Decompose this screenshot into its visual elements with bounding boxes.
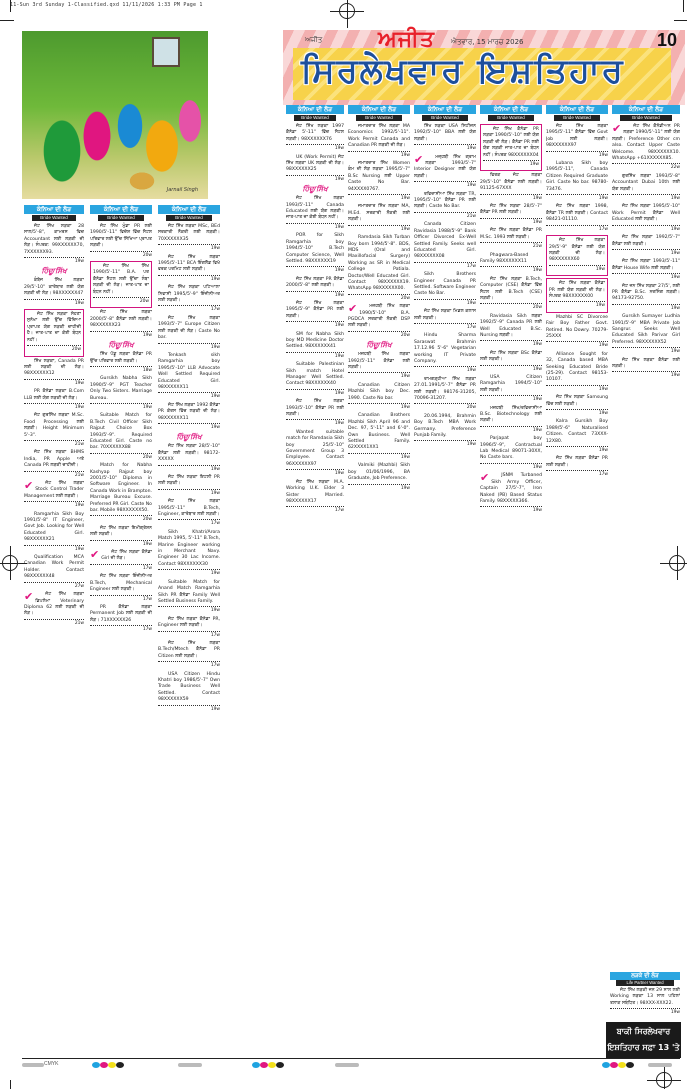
ad-text: Hindu Sharma Saraswat Brahmin 17.12.96 5… — [414, 333, 476, 365]
ad-code: 17w — [158, 305, 220, 313]
crop-mark — [683, 0, 684, 12]
classified-ad: Kalra Gursikh Boy 1989/5'-6" Naturalised… — [546, 419, 608, 454]
ad-text: ਜੱਟ ਸਿੱਖ ਲੜਕਾ M.A. Working U.K. Elder 3 … — [286, 480, 344, 506]
classified-ad: ਮਜ਼ਹਬੀ ਸਿੱਖ ਲੜਕਾ 1992/5'-11" ਕੈਨੇਡਾ ਲਈ ਲ… — [348, 352, 410, 381]
column-header: ਕੰਨਿਆ ਦੀ ਲੋੜ — [348, 105, 410, 114]
ad-text: ਰਾਮਗੜ੍ਹੀਆ ਸਿੱਖ ਲੜਕਾ 27.01.1991/5'-7" ਕੈਨ… — [414, 377, 476, 403]
classified-column: ਕੰਨਿਆ ਦੀ ਲੋੜBride Wantedਜੱਟ ਸਿੱਖ ਮੁੰਡਾ P… — [90, 205, 152, 1057]
ad-text: ਜੱਟ ਸਿੱਖ ਲੜਕਾ B.Tech/Mtech ਕੈਨੇਡਾ PR Cit… — [158, 641, 220, 660]
print-slug: 11-Sun 3rd Sunday 1-Classified.qxd 11/11… — [10, 2, 203, 8]
classified-ad: ਜੱਟ ਸਿੱਖ ਲੜਕਾ ਇੰਜੀਨੀਅਰ B.Tech, Mechanica… — [90, 574, 152, 603]
classified-ad: Suitable Match for Anand Match Ramgarhia… — [158, 580, 220, 615]
classified-ad: ਜਮਾਤਦਾਰ ਸਿੱਖ ਲੜਕਾ MA, M.Ed. ਸਰਕਾਰੀ ਨੌਕਰੀ… — [348, 204, 410, 233]
ad-text: ਮਜ਼ਹਬੀ ਸਿੱਖ ਲੜਕਾ 1992/5'-11" ਕੈਨੇਡਾ ਲਈ ਲ… — [348, 352, 410, 371]
ad-code: 19w — [90, 540, 152, 548]
category-badge: ਹਿੰਦੂ/ਸਿੱਖ — [158, 433, 220, 442]
crop-mark — [10, 1080, 11, 1089]
cyan-dot — [602, 1062, 610, 1068]
ad-text: Ravidasia Sikh ਲੜਕਾ 1992/5'-9" Canada PR… — [480, 314, 542, 340]
ad-code: 19w — [158, 343, 220, 351]
classified-ad: 20.06.1994, Brahmin Boy B.Tech MBA Work … — [414, 414, 476, 449]
ad-text: JSNM Turbaned Sikh Army Officer, Captain… — [480, 473, 542, 505]
classified-ad: Wanted suitable match for Ramdasia Sikh … — [286, 430, 344, 478]
ad-text: ਗੁਰਸਿੱਖ ਲੜਕਾ 1993/5'-8" Accountant Dubai… — [612, 174, 680, 193]
classified-ad: Suitable Palestinian Sikh match Hotel Ma… — [286, 362, 344, 397]
ad-text: ਜੱਟ ਸਿੱਖ ਲੜਕਾ 28/5'-7" ਕੈਨੇਡਾ PR ਲਈ ਲੜਕੀ… — [480, 204, 542, 217]
ad-text: ਕੰਬੋਜ ਸਿੱਖ ਲੜਕਾ 29/5'-10" ਕਾਰੋਬਾਰ ਲਈ ਯੋਗ… — [24, 278, 84, 297]
classified-ad: ਜੱਟ ਸਿੱਖ ਲੜਕਾ 1995/5'-11" BCA ਇੰਗਲੈਂਡ ਵਿ… — [158, 255, 220, 284]
ad-code: 21w — [414, 212, 476, 220]
classified-ad: POR for Sikh Ramgarhia boy 1994/5'-10" B… — [286, 233, 344, 274]
classified-column: ਕੰਨਿਆ ਦੀ ਲੋੜBride Wantedਸਿੱਖ ਲੜਕਾ USA ਸਿ… — [414, 105, 476, 1057]
ad-code: 20w — [348, 294, 410, 302]
ad-code: 19w — [546, 194, 608, 202]
ad-text: ਜੱਟ ਸਿੱਖ ਲੜਕਾ Samsung ਵਿੱਚ ਲਈ ਲੜਕੀ। — [546, 395, 608, 408]
classified-ad: Gursikh Nabha Sikh 1990/5'-9" PGT Teache… — [90, 376, 152, 411]
classified-column: ਕੰਨਿਆ ਦੀ ਲੋੜBride Wantedਜੱਟ ਸਿੱਖ ਕੈਨੇਡੀਅ… — [612, 105, 680, 967]
ad-text: Ramdasia Sikh Turban Boy born 1994/5'-8"… — [348, 235, 410, 293]
ad-code: 19w — [612, 225, 680, 233]
ad-text: PR ਕੈਨੇਡਾ ਲੜਕਾ Permanent Job ਲਈ ਲੜਕੀ ਦੀ … — [90, 605, 152, 624]
classified-ad: Parjapat boy 1996/5'-9", Contractual Lab… — [480, 436, 542, 471]
ad-code: 17w — [286, 506, 344, 514]
ad-text: Kalra Gursikh Boy 1989/5'-6" Naturalised… — [546, 419, 608, 445]
ad-code: 19w — [480, 506, 542, 514]
ad-text: ਜੱਟ ਗੁਰਸਿੱਖ ਲੜਕਾ M.Sc. Food Processing ਲ… — [24, 413, 84, 439]
classified-ad: Mazhbi SC Divorcee Fair Boy Father Govt.… — [546, 315, 608, 350]
classified-ad: Ramdasia Sikh Turban Boy born 1994/5'-8"… — [348, 235, 410, 302]
ad-code: 17w — [546, 225, 608, 233]
ad-text: ਜੱਟ ਸਿੱਖ ਲੜਕਾ BHMS India, PR Apple ਅਤੇ C… — [24, 450, 84, 469]
classified-ad: ਸਿੱਖ ਲੜਕਾ, Canada PR ਲਈ ਲੜਕੀ ਦੀ ਲੋੜ। 98X… — [24, 359, 84, 388]
classified-ad: Sikh Khatri/Arora Match 1995, 5'-11" B.T… — [158, 530, 220, 578]
ad-text: Ramgarhia Sikh Boy 1991/5'-8" IT Enginee… — [24, 512, 84, 544]
ad-text: ਸਿੱਖ ਲੜਕਾ, Canada PR ਲਈ ਲੜਕੀ ਦੀ ਲੋੜ। 98X… — [24, 359, 84, 378]
classified-ad: ਜੱਟ ਸਿੱਖ ਲੜਕਾ 1995/5'-9" ਕੈਨੇਡਾ PR ਲਈ ਲੜ… — [286, 301, 344, 330]
classified-ad-highlighted: ਜੱਟ ਸਿੱਖ ਲੜਕਾ ਕੈਨੇਡਾ Girl ਦੀ ਲੋੜ।17w — [90, 550, 152, 572]
ad-text: ਜੱਟ ਸਿੱਖ ਲੜਕਾ ਕੈਨੇਡਾ Girl ਦੀ ਲੋੜ। — [90, 550, 152, 563]
ad-text: ਜੱਟ ਸਿੱਖ ਲੜਕਾ ਕੈਨੇਡਾ PR, Engineer ਲਈ ਲੜਕ… — [158, 617, 220, 630]
ad-text: ਜੱਟ ਸਿੱਖ ਲੜਕਾ 1997 ਕੈਨੇਡਾ 5'-11" ਵਿੱਚ ਸੈ… — [286, 124, 344, 143]
ad-code: 19w — [414, 144, 476, 152]
ad-code: 19w — [286, 352, 344, 360]
column-header: ਕੰਨਿਆ ਦੀ ਲੋੜ — [24, 205, 84, 214]
classified-ad-boxed: ਜੱਟ ਸਿੱਖ ਲੜਕਾ ਕੈਨੇਡਾ PR ਲਈ ਯੋਗ ਲੜਕੀ ਦੀ ਲ… — [546, 278, 608, 313]
ad-code: 22w — [612, 163, 680, 171]
ad-text: ਜੱਟ ਸਿੱਖ ਲੜਕਾ 1992/5'-7" ਕੈਨੇਡਾ ਲਈ ਲੜਕੀ। — [612, 235, 680, 248]
ad-text: Canada Citizen Ravidasia 1988/5'-9" Bank… — [414, 222, 476, 260]
column-subheader: Bride Wanted — [98, 215, 144, 221]
ad-code: 19w — [24, 379, 84, 387]
crop-mark — [10, 0, 11, 12]
ad-code: 19w — [348, 225, 410, 233]
ad-text: ਜੱਟ ਸਿੱਖ ਲੜਕੀ ਜਨ 29 ਸਾਲ ਲਈ Working ਲੜਕਾ … — [610, 988, 680, 1007]
column-header: ਕੰਨਿਆ ਦੀ ਲੋੜ — [612, 105, 680, 114]
classified-column: ਕੰਨਿਆ ਦੀ ਲੋੜBride Wantedਜੱਟ ਸਿੱਖ ਕੈਨੇਡਾ … — [480, 105, 542, 1057]
ad-text: ਜੱਟ ਸਿੱਖ ਲੜਕਾ 1998, ਕੈਨੇਡਾ TR ਲਈ ਲੜਕੀ। C… — [546, 204, 608, 223]
column-header: ਕੰਨਿਆ ਦੀ ਲੋੜ — [158, 205, 220, 214]
publication-date: ਐਤਵਾਰ, 15 ਮਾਰਚ 2026 — [451, 38, 524, 47]
ad-text: ਜੱਟ ਸਿੱਖ ਲੜਕਾ 28 ਸਾਲ/5'-8", ਕਾਮਰਸ ਵਿਚ Ac… — [24, 224, 84, 256]
classified-ad: UK (Work Permit) ਜੱਟ ਸਿੱਖ ਲੜਕਾ UK ਲੜਕੀ ਦ… — [286, 155, 344, 184]
ad-code: 17w — [546, 470, 608, 478]
decorative-painting: Jarnail Singh — [22, 31, 208, 199]
classified-ad: ਜੱਟ ਸਿੱਖ ਲੜਕੀ ਜਨ 29 ਸਾਲ ਲਈ Working ਲੜਕਾ … — [610, 988, 680, 1017]
category-badge: ਹਿੰਦੂ/ਸਿੱਖ — [24, 267, 84, 276]
ad-code: 19w — [24, 299, 84, 307]
ad-text: Mazhbi SC Divorcee Fair Boy Father Govt.… — [546, 315, 608, 341]
ad-text: ਜਮਾਤਦਾਰ ਸਿੱਖ Women ਕੰਮ ਦੀ ਲੋੜ ਲੜਕਾ 1995/… — [348, 161, 410, 193]
yellow-dot — [268, 1062, 276, 1068]
ad-text: ਵਿਰਕ ਜੱਟ ਲੜਕਾ 29/5'-10" ਕੈਨੇਡਾ ਲਈ ਲੜਕੀ। … — [480, 173, 542, 192]
ad-code: 19w — [612, 304, 680, 312]
classified-ad-highlighted: ਜੱਟ ਸਿੱਖ ਕੈਨੇਡੀਅਨ PR ਲੜਕਾ 1990/5'-11" ਲਈ… — [612, 124, 680, 172]
classified-ad: Canadian Citizen Mazhbi Sikh boy Dec. 19… — [348, 383, 410, 412]
ad-text: ਜੱਟ ਸਿੱਖ ਲੜਕਾ 1995/5'-9" ਕੈਨੇਡਾ PR ਲਈ ਲੜ… — [286, 301, 344, 320]
classified-ad: ਮਜ਼ਹਬੀ ਸਿੱਖ/ਰਵਿਦਾਸੀਆ B.Sc. Biotechnology… — [480, 406, 542, 435]
category-badge: ਹਿੰਦੂ/ਸਿੱਖ — [286, 185, 344, 194]
ad-code: 19w — [348, 372, 410, 380]
ad-text: ਜੱਟ ਸਿੱਖ ਲੜਕਾ ਕੈਨੇਡਾ PR M.Sc. 1993 ਲਈ ਲੜ… — [480, 228, 542, 241]
ad-text: Qualification MCA Canadian Work Permit H… — [24, 555, 84, 581]
crop-mark — [674, 20, 687, 21]
magenta-dot — [610, 1062, 618, 1068]
title-banner: ਸਿਰਲੇਖਵਾਰ ਇਸ਼ਤਿਹਾਰ — [293, 48, 671, 100]
classified-ad: ਜੱਟ ਸਿੱਖ ਲੜਕਾ MSc, BEd ਸਰਕਾਰੀ ਨੌਕਰੀ ਲਈ ਲ… — [158, 224, 220, 253]
registration-mark-icon — [2, 555, 18, 571]
classified-column: ਕੰਨਿਆ ਦੀ ਲੋੜBride Wantedਜੱਟ ਸਿੱਖ ਲੜਕਾ 19… — [286, 105, 344, 1057]
ad-code: 17w — [414, 323, 476, 331]
ad-code: 19w — [286, 175, 344, 183]
ad-code: 19w — [480, 426, 542, 434]
ad-text: USA Citizen Ramgarhia 1994/5'-10" ਲਈ ਲੜਕ… — [480, 375, 542, 394]
crop-mark — [0, 20, 14, 21]
classified-ad: ਰਵਿਦਾਸੀਆ ਸਿੱਖ ਲੜਕਾ TR, 1995/5'-10" ਕੈਨੇਡ… — [414, 192, 476, 221]
ad-text: Suitable Match for B.Tech Civil Officer … — [90, 413, 152, 451]
classified-ad: Phagwara-Based Family 98XXXXXX1119w — [480, 253, 542, 275]
classified-ad: ਵਿਰਕ ਜੱਟ ਲੜਕਾ 29/5'-10" ਕੈਨੇਡਾ ਲਈ ਲੜਕੀ। … — [480, 173, 542, 202]
classified-ad: Ramgarhia Sikh Boy 1991/5'-8" IT Enginee… — [24, 512, 84, 553]
ad-text: Sikh Khatri/Arora Match 1995, 5'-11" B.T… — [158, 530, 220, 568]
classified-ad: ਜੱਟ ਸਿੱਖ ਲੜਕਾ ਇਟਲੀ PR ਲਈ ਲੜਕੀ।19w — [158, 475, 220, 497]
column-subheader: Bride Wanted — [32, 215, 76, 221]
ad-code: 19w — [483, 160, 539, 168]
classified-ad: ਜਮਾਤਦਾਰ ਸਿੱਖ Women ਕੰਮ ਦੀ ਲੋੜ ਲੜਕਾ 1995/… — [348, 161, 410, 202]
ad-text: SM for Nabha Sikh boy MD Medicine Doctor… — [286, 332, 344, 351]
gray-bar — [178, 1063, 202, 1067]
ad-code: 20w — [93, 297, 149, 305]
column-header: ਕੰਨਿਆ ਦੀ ਲੋੜ — [286, 105, 344, 114]
classified-column: ਕੰਨਿਆ ਦੀ ਲੋੜBride Wantedਜਮਾਤਦਾਰ ਸਿੱਖ ਲੜਕ… — [348, 105, 410, 1057]
ad-code: 20w — [348, 331, 410, 339]
classified-ad: ਜਮਾਤਦਾਰ ਸਿੱਖ ਲੜਕਾ MA Economics 1992/5'-1… — [348, 124, 410, 159]
classified-ad: ਜੱਟ ਸਿੱਖ ਲੜਕਾ ਕੈਨੇਡਾ ਲਈ ਲੜਕੀ।19w — [612, 358, 680, 380]
ad-text: Lubana Sikh boy 1995/5'-11", Canada Citi… — [546, 161, 608, 193]
classified-ad: ਜੱਟ ਸਿੱਖ ਲੜਕਾ 1993/5'-7" Europe Citizen … — [158, 316, 220, 351]
classified-ad: ਜੱਟ ਸਿੱਖ ਲੜਕਾ 1992 ਕੈਨੇਡਾ PR ਕੋਰਸ ਵਿੱਚ ਲ… — [158, 403, 220, 432]
ad-code: 19w — [158, 423, 220, 431]
ad-text: UK (Work Permit) ਜੱਟ ਸਿੱਖ ਲੜਕਾ UK ਲੜਕੀ ਦ… — [286, 155, 344, 174]
classified-ad-highlighted: ਮਜ਼ਹਬੀ ਸਿੱਖ ਲੜਕਾ 1990/5'-10" B.A. PGDCA … — [348, 304, 410, 339]
ad-text: Gursikh Nabha Sikh 1990/5'-9" PGT Teache… — [90, 376, 152, 402]
ad-code: 20w — [90, 251, 152, 259]
ad-code: 19w — [549, 265, 605, 273]
ad-code: 19w — [480, 463, 542, 471]
classified-ad-boxed: ਜੱਟ ਸਿੱਖ ਕੈਨੇਡਾ PR ਲੜਕਾ 1990/5'-10" ਲਈ ਯ… — [480, 124, 542, 171]
ad-code: 19w — [90, 403, 152, 411]
classified-ad: ਜੱਟ ਸਿੱਖ ਲੜਕਾ B.Tech, Computer (CSE) ਕੈਨ… — [480, 277, 542, 312]
ad-code: 19w — [286, 389, 344, 397]
ad-code: 20w — [90, 515, 152, 523]
ad-code: 17w — [90, 564, 152, 572]
ad-code: 19w — [158, 465, 220, 473]
ad-code: 19w — [286, 223, 344, 231]
registration-mark-icon — [656, 1072, 672, 1088]
column-subheader: Bride Wanted — [620, 115, 672, 121]
section-title: ਸਿਰਲੇਖਵਾਰ ਇਸ਼ਤਿਹਾਰ — [301, 48, 625, 94]
ad-text: ਜੱਟ ਸਿੱਖ ਲੜਕਾ B.Tech, Computer (CSE) ਕੈਨ… — [480, 277, 542, 303]
ad-code: 19w — [612, 249, 680, 257]
ad-text: ਜੱਟ ਸਿੱਖ ਲੜਕਾ 29/5'-9" ਕੈਨੇਡਾ ਲਈ ਯੋਗ ਲੜਕ… — [549, 238, 605, 264]
classified-ad: ਜੱਟ ਸਿੱਖ ਲੜਕਾ BSc ਕੈਨੇਡਾ ਲਈ ਲੜਕੀ।19w — [480, 351, 542, 373]
section-header: ਲੜਕੇ ਦੀ ਲੋੜ — [610, 972, 680, 980]
ad-code: 19w — [348, 403, 410, 411]
ad-code: 19w — [348, 453, 410, 461]
ad-text: PR ਕੈਨੇਡਾ ਲੜਕਾ B.Com LLB ਲਈ ਯੋਗ ਲੜਕੀ ਦੀ … — [24, 389, 84, 402]
classified-ad: Hindu Sharma Saraswat Brahmin 17.12.96 5… — [414, 333, 476, 374]
ad-text: ਜਮਾਤਦਾਰ ਸਿੱਖ ਲੜਕਾ MA Economics 1992/5'-1… — [348, 124, 410, 150]
column-header: ਕੰਨਿਆ ਦੀ ਲੋੜ — [90, 205, 152, 214]
ad-code: 19w — [158, 705, 220, 713]
ad-text: Valmiki (Mazhbi) Sikh boy 01/06/1996, BA… — [348, 463, 410, 482]
classified-ad: ਜੱਟ ਜਨ ਸਿੱਖ ਲੜਕਾ 27/5', ਲਈ PR ਕੈਨੇਡਾ B.S… — [612, 284, 680, 313]
ad-code: 19w — [612, 347, 680, 355]
classified-ad: ਜੱਟ ਸਿੱਖ ਲੜਕਾ M.A. Working U.K. Elder 3 … — [286, 480, 344, 515]
classified-ad: SM for Nabha Sikh boy MD Medicine Doctor… — [286, 332, 344, 361]
more-ads-line2: ਇਸ਼ਤਿਹਾਰ ਸਫ਼ਾ 13 'ਤੇ — [606, 1040, 681, 1056]
ad-text: Sikh Brothers Engineer Canada PR Settled… — [414, 272, 476, 298]
column-subheader: Bride Wanted — [294, 115, 336, 121]
ad-text: ਜੱਟ ਸਿੱਖ ਲੜਕਾ Stock Control Trader Manag… — [24, 481, 84, 500]
classified-ad: Tenkash sikh Ramgarhia boy 1995/5'-10" L… — [158, 353, 220, 401]
classified-ad: ਸਿੱਖ ਲੜਕਾ USA ਸਿਟੀਜ਼ਨ 1992/5'-10" BBA ਲਈ… — [414, 124, 476, 153]
ad-code: 19w — [286, 419, 344, 427]
ad-code: 19w — [414, 299, 476, 307]
classified-ad: ਜੱਟ ਸਿੱਖ ਲੜਕਾ B.Tech/Mtech ਕੈਨੇਡਾ PR Cit… — [158, 641, 220, 670]
classified-ad: ਜੱਟ ਸਿੱਖ ਲੜਕਾ Samsung ਵਿੱਚ ਲਈ ਲੜਕੀ।19w — [546, 395, 608, 417]
ad-code: 19w — [480, 365, 542, 373]
ad-text: Canadian Citizen Mazhbi Sikh boy Dec. 19… — [348, 383, 410, 402]
ad-code: 19w — [612, 371, 680, 379]
classified-ad: ਜੱਟ ਸਿੱਖ ਲੜਕਾ ਪਟਿਆਲਾ ਨਿਵਾਸੀ 1995/5'-9" ਇ… — [158, 285, 220, 314]
classified-ad-highlighted: ਜੱਟ ਸਿੱਖ ਲੜਕਾ Stock Control Trader Manag… — [24, 481, 84, 510]
yellow-dot — [618, 1062, 626, 1068]
column-subheader: Bride Wanted — [166, 215, 212, 221]
ad-code: 19w — [24, 501, 84, 509]
ad-text: ਜੱਟ ਸਿੱਖ ਲੜਕਾ MSc, BEd ਸਰਕਾਰੀ ਨੌਕਰੀ ਲਈ ਲ… — [158, 224, 220, 243]
classified-ad: ਜੱਟ ਸਿੱਖ ਲੜਕਾ ਇਮੀਗ੍ਰੇਸ਼ਨ ਲਈ ਲੜਕੀ।19w — [90, 526, 152, 548]
classified-ad: Gursikh Sumayer Ludhia 1991/5'-9" MBA Pr… — [612, 314, 680, 355]
ad-text: ਜੱਟ ਸਿੱਖ ਲੜਕਾ 28/5'-10" ਕੈਨੇਡਾ ਲਈ ਲੜਕੀ। … — [158, 444, 220, 463]
classified-ad-boxed: ਜੱਟ ਸਿੱਖ ਲੜਕਾ ਸੋਹਣਾ ਸੁਨੱਖਾ ਲਈ ਉੱਚ ਵਿੱਦਿਆ… — [24, 309, 84, 356]
classified-ad: Lubana Sikh boy 1995/5'-11", Canada Citi… — [546, 161, 608, 202]
ad-text: Match for Nabha Kashyap Rajput boy 2001/… — [90, 463, 152, 514]
classified-ad: ਜੱਟ ਸਿੱਖ ਲੜਕਾ 1993/5'-11" ਕੈਨੇਡਾ House W… — [612, 259, 680, 281]
ad-text: ਰਵਿਦਾਸੀਆ ਸਿੱਖ ਲੜਕਾ TR, 1995/5'-10" ਕੈਨੇਡ… — [414, 192, 476, 211]
black-dot — [116, 1062, 124, 1068]
ad-code: 20w — [90, 453, 152, 461]
ad-code: 21w — [24, 619, 84, 627]
classified-ad: PR ਕੈਨੇਡਾ ਲੜਕਾ B.Com LLB ਲਈ ਯੋਗ ਲੜਕੀ ਦੀ … — [24, 389, 84, 411]
ad-code: 19w — [286, 321, 344, 329]
gray-bar — [335, 1063, 359, 1067]
ad-code: 19w — [286, 291, 344, 299]
classified-ad: ਜੱਟ ਗੁਰਸਿੱਖ ਲੜਕਾ M.Sc. Food Processing ਲ… — [24, 413, 84, 448]
ad-text: ਮਜ਼ਹਬੀ ਸਿੱਖ/ਰਵਿਦਾਸੀਆ B.Sc. Biotechnology… — [480, 406, 542, 425]
ad-text: ਜੱਟ ਜਨ ਸਿੱਖ ਲੜਕਾ 27/5', ਲਈ PR ਕੈਨੇਡਾ B.S… — [612, 284, 680, 303]
classified-ad: USA Citizen Ramgarhia 1994/5'-10" ਲਈ ਲੜਕ… — [480, 375, 542, 404]
ad-code: 21w — [480, 242, 542, 250]
ad-text: ਜੱਟ ਸਿੱਖ ਲੜਕਾ 1993/5'-7" Europe Citizen … — [158, 316, 220, 342]
classified-ad: ਜੱਟ ਸਿੱਖ ਲੜਕਾ 1993/5'-11" Canada Educate… — [286, 196, 344, 231]
painting-signature: Jarnail Singh — [167, 187, 198, 193]
classified-column: ਕੰਨਿਆ ਦੀ ਲੋੜBride Wantedਜੱਟ ਸਿੱਖ ਲੜਕਾ 19… — [546, 105, 608, 1057]
classified-ad: ਜੱਟ ਸਿੱਖ ਲੜਕਾ 1997 ਕੈਨੇਡਾ 5'-11" ਵਿੱਚ ਸੈ… — [286, 124, 344, 153]
ad-code: 19w — [549, 301, 605, 309]
ad-text: ਜੱਟ ਸਿੱਖ ਲੜਕਾ 1993/5'-11" ਕੈਨੇਡਾ House W… — [612, 259, 680, 272]
ad-text: ਜੱਟ ਸਿੱਖ ਲੜਕਾ ਮਿਡਲ ਕਲਾਸ ਲਈ ਲੜਕੀ। — [414, 309, 476, 322]
page-rule — [22, 1058, 680, 1059]
classified-ad: ਜੱਟ ਸਿੱਖ ਲੜਕਾ ਕੈਨੇਡਾ PR ਲਈ ਲੜਕੀ।17w — [546, 456, 608, 478]
classified-ad: Alliance Sought for 32, Canada based MBA… — [546, 352, 608, 393]
ad-code: 19w — [24, 257, 84, 265]
ad-code: 17w — [158, 661, 220, 669]
classified-ad: ਜੱਟ ਸਿੱਖ ਲੜਕਾ ਮਿਡਲ ਕਲਾਸ ਲਈ ਲੜਕੀ।17w — [414, 309, 476, 331]
ad-code: 17w — [158, 519, 220, 527]
classified-ad: ਜੱਟ ਸਿੱਖ ਲੜਕਾ 1995/5'-11" ਕੈਨੇਡਾ ਵਿੱਚ Go… — [546, 124, 608, 159]
classified-ad: ਜੱਟ ਸਿੱਖ ਲੜਕਾ 1993/5'-10" ਕੈਨੇਡਾ PR ਲਈ ਲ… — [286, 399, 344, 428]
classified-ad-highlighted: ਜੱਟ ਸਿੱਖ ਲੜਕਾ ਡਿਪਲੋਮਾ Veterinary Diploma… — [24, 592, 84, 627]
classified-ad: ਜੱਟ ਸਿੱਖ ਲੜਕਾ PR ਕੈਨੇਡਾ 2000/5'-8" ਲਈ ਲੜ… — [286, 277, 344, 299]
ad-code: 19w — [286, 469, 344, 477]
classified-ad: ਰਾਮਗੜ੍ਹੀਆ ਸਿੱਖ ਲੜਕਾ 27.01.1991/5'-7" ਕੈਨ… — [414, 377, 476, 412]
cyan-dot — [92, 1062, 100, 1068]
column-subheader: Bride Wanted — [422, 115, 468, 121]
cmyk-label: CMYK — [44, 1061, 58, 1067]
ad-code: 17w — [90, 625, 152, 633]
ad-text: ਮਜ਼ਹਬੀ ਸਿੱਖ ਲੜਕਾ 1990/5'-10" B.A. PGDCA … — [348, 304, 410, 330]
category-badge: ਹਿੰਦੂ/ਸਿੱਖ — [348, 341, 410, 350]
ad-text: Suitable Match for Anand Match Ramgarhia… — [158, 580, 220, 606]
gray-bar — [22, 1063, 44, 1067]
ad-text: Tenkash sikh Ramgarhia boy 1995/5'-10" L… — [158, 353, 220, 391]
column-header: ਕੰਨਿਆ ਦੀ ਲੋੜ — [546, 105, 608, 114]
ad-code: 19w — [480, 395, 542, 403]
ad-code: 19w — [612, 273, 680, 281]
ad-text: ਜਮਾਤਦਾਰ ਸਿੱਖ ਲੜਕਾ MA, M.Ed. ਸਰਕਾਰੀ ਨੌਕਰੀ… — [348, 204, 410, 223]
classified-ad-highlighted: JSNM Turbaned Sikh Army Officer, Captain… — [480, 473, 542, 514]
classified-ad: USA Citizen Hindu Khatri boy 1986/5'-7" … — [158, 672, 220, 713]
ad-code: 27w — [24, 582, 84, 590]
ad-text: ਜੱਟ ਸਿੱਖ ਲੜਕਾ 1995/5'-11" B.Tech, Engine… — [158, 499, 220, 518]
classified-ad-boxed: ਜੱਟ ਸਿੱਖ ਸਿੱਖ 1990/5'-11" B.A. ਪਰ ਕੈਨੇਡਾ… — [90, 261, 152, 308]
ad-code: 19w — [158, 489, 220, 497]
ad-text: ਜੱਟ ਸਿੱਖ ਲੜਕਾ 1995/5'-10" Work Permit ਕੈ… — [612, 204, 680, 223]
magenta-dot — [260, 1062, 268, 1068]
ad-text: Alliance Sought for 32, Canada based MBA… — [546, 352, 608, 384]
gray-bar — [648, 1063, 672, 1067]
classified-ad: ਜੱਟ ਸਿੱਖ ਲੜਕਾ 28/5'-10" ਕੈਨੇਡਾ ਲਈ ਲੜਕੀ। … — [158, 444, 220, 473]
classified-ad: ਸਿੱਖ ਪੇਂਡੂ ਲੜਕਾ ਕੈਨੇਡਾ PR ਉੱਚ ਪਰਿਵਾਰ ਲਈ … — [90, 352, 152, 374]
ad-text: ਜੱਟ ਸਿੱਖ ਲੜਕਾ ਕੈਨੇਡਾ PR ਲਈ ਯੋਗ ਲੜਕੀ ਦੀ ਲ… — [549, 281, 605, 300]
ad-code: 19w — [414, 181, 476, 189]
classified-ad: ਜੱਟ ਸਿੱਖ ਲੜਕਾ 1995/5'-11" B.Tech, Engine… — [158, 499, 220, 528]
ad-code: 17w — [158, 631, 220, 639]
ad-code: 19w — [546, 151, 608, 159]
ad-text: ਜੱਟ ਸਿੱਖ ਲੜਕਾ ਇਟਲੀ PR ਲਈ ਲੜਕੀ। — [158, 475, 220, 488]
ad-code: 20w — [27, 345, 81, 353]
classified-ad: Canadian Brothers Mazhbi Sikh April 96 a… — [348, 413, 410, 461]
ad-text: ਜੱਟ ਸਿੱਖ ਲੜਕਾ 1995/5'-11" ਕੈਨੇਡਾ ਵਿੱਚ Go… — [546, 124, 608, 150]
ad-text: ਜੱਟ ਸਿੱਖ ਮੁੰਡਾ PR ਲਈ 1990/5'-11" ਵਿਦੇਸ਼ … — [90, 224, 152, 250]
ad-text: ਜੱਟ ਸਿੱਖ ਸਿੱਖ 1990/5'-11" B.A. ਪਰ ਕੈਨੇਡਾ… — [93, 264, 149, 296]
column-header: ਕੰਨਿਆ ਦੀ ਲੋੜ — [480, 105, 542, 114]
ad-code: 19w — [24, 403, 84, 411]
classified-ad: Sikh Brothers Engineer Canada PR Settled… — [414, 272, 476, 307]
ad-text: ਜੱਟ ਸਿੱਖ ਲੜਕਾ ਇੰਜੀਨੀਅਰ B.Tech, Mechanica… — [90, 574, 152, 593]
ad-code: 21w — [24, 471, 84, 479]
classified-ad: ਜੱਟ ਸਿੱਖ ਮੁੰਡਾ PR ਲਈ 1990/5'-11" ਵਿਦੇਸ਼ … — [90, 224, 152, 259]
ad-code: 19w — [286, 266, 344, 274]
ad-text: ਸਿੱਖ ਲੜਕਾ USA ਸਿਟੀਜ਼ਨ 1992/5'-10" BBA ਲਈ… — [414, 124, 476, 143]
magenta-dot — [100, 1062, 108, 1068]
ad-code: 19w — [348, 194, 410, 202]
ad-text: Suitable Palestinian Sikh match Hotel Ma… — [286, 362, 344, 388]
ad-code: 19w — [480, 194, 542, 202]
ad-text: Canadian Brothers Mazhbi Sikh April 96 a… — [348, 413, 410, 451]
black-dot — [626, 1062, 634, 1068]
ad-text: Gursikh Sumayer Ludhia 1991/5'-9" MBA Pr… — [612, 314, 680, 346]
painting-window — [152, 37, 180, 67]
ad-text: ਜੱਟ ਸਿੱਖ ਲੜਕਾ ਕੈਨੇਡਾ PR ਲਈ ਲੜਕੀ। — [546, 456, 608, 469]
ad-code: 20w — [414, 403, 476, 411]
section-subheader: Life Partner Wanted — [616, 980, 674, 986]
cyan-dot — [252, 1062, 260, 1068]
classified-ad-boxed: ਜੱਟ ਸਿੱਖ ਲੜਕਾ 29/5'-9" ਕੈਨੇਡਾ ਲਈ ਯੋਗ ਲੜਕ… — [546, 235, 608, 276]
classified-ad: ਜੱਟ ਸਿੱਖ ਲੜਕਾ 1998, ਕੈਨੇਡਾ TR ਲਈ ਲੜਕੀ। C… — [546, 204, 608, 233]
ad-text: ਜੱਟ ਸਿੱਖ ਲੜਕਾ ਕੈਨੇਡਾ ਲਈ ਲੜਕੀ। — [612, 358, 680, 371]
ad-code: 19w — [546, 446, 608, 454]
classified-ad: ਜੱਟ ਸਿੱਖ ਲੜਕਾ 28 ਸਾਲ/5'-8", ਕਾਮਰਸ ਵਿਚ Ac… — [24, 224, 84, 265]
classified-ad: ਕੰਬੋਜ ਸਿੱਖ ਲੜਕਾ 29/5'-10" ਕਾਰੋਬਾਰ ਲਈ ਯੋਗ… — [24, 278, 84, 307]
classified-ad: Valmiki (Mazhbi) Sikh boy 01/06/1996, BA… — [348, 463, 410, 492]
ad-text: ਜੱਟ ਸਿੱਖ ਕੈਨੇਡੀਅਨ PR ਲੜਕਾ 1990/5'-11" ਲਈ… — [612, 124, 680, 162]
ad-code: 19w — [480, 340, 542, 348]
ad-text: Parjapat boy 1996/5'-9", Contractual Lab… — [480, 436, 542, 462]
more-ads-line1: ਬਾਕੀ ਸਿਰਲੇਖਵਾਰ — [606, 1024, 681, 1040]
ad-text: ਜੱਟ ਸਿੱਖ ਲੜਕਾ PR ਕੈਨੇਡਾ 2000/5'-8" ਲਈ ਲੜ… — [286, 277, 344, 290]
ad-text: ਜੱਟ ਸਿੱਖ ਲੜਕਾ BSc ਕੈਨੇਡਾ ਲਈ ਲੜਕੀ। — [480, 351, 542, 364]
groom-wanted-section: ਲੜਕੇ ਦੀ ਲੋੜ Life Partner Wanted ਜੱਟ ਸਿੱਖ… — [610, 972, 680, 1020]
ad-text: Phagwara-Based Family 98XXXXXX11 — [480, 253, 542, 266]
ad-code: 19w — [610, 1008, 680, 1016]
ad-code: 21w — [24, 440, 84, 448]
classified-ad: Canada Citizen Ravidasia 1988/5'-9" Bank… — [414, 222, 476, 270]
ad-code: 19w — [158, 392, 220, 400]
ad-text: ਜੱਟ ਸਿੱਖ ਲੜਕਾ 1992 ਕੈਨੇਡਾ PR ਕੋਰਸ ਵਿੱਚ ਲ… — [158, 403, 220, 422]
more-ads-notice: ਬਾਕੀ ਸਿਰਲੇਖਵਾਰ ਇਸ਼ਤਿਹਾਰ ਸਫ਼ਾ 13 'ਤੇ — [606, 1022, 681, 1058]
masthead: ਅਜੀਤ ਅਜੀਤ ਐਤਵਾਰ, 15 ਮਾਰਚ 2026 10 ਸਿਰਲੇਖਵ… — [283, 30, 685, 105]
